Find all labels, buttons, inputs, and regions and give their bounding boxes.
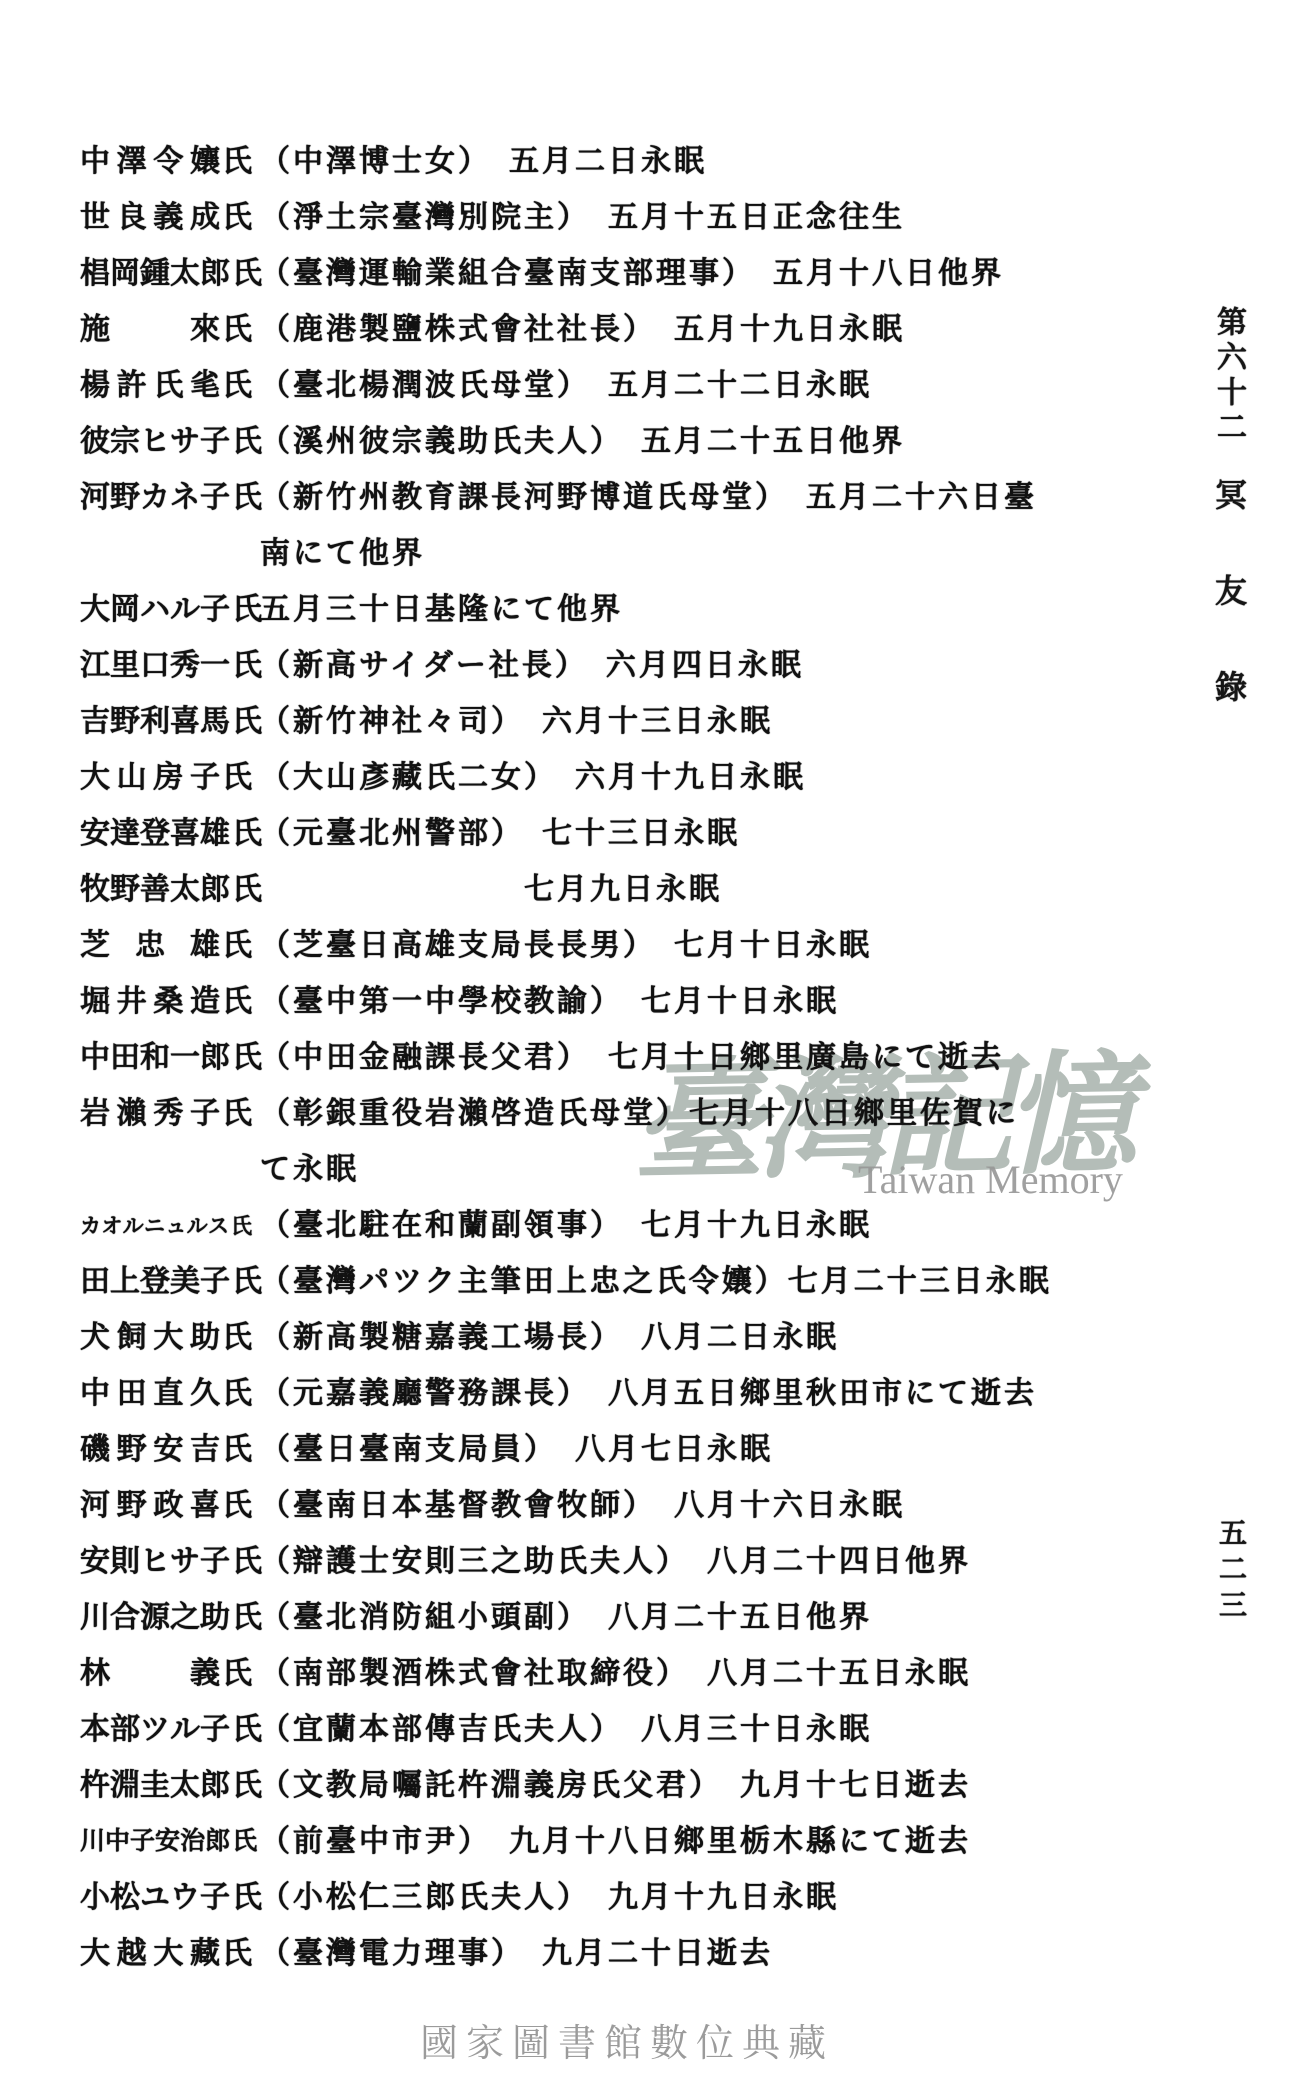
death-description: （元嘉義廳警務課長） 八月五日鄉里秋田市にて逝去 xyxy=(260,1366,1190,1422)
name-character: 中 xyxy=(105,1814,130,1870)
name-character: 子 xyxy=(190,1086,220,1142)
deceased-name: 世良義成 氏 xyxy=(80,190,252,246)
name-character: 孃 xyxy=(190,134,220,190)
deceased-name: 川合源之助 氏 xyxy=(80,1590,252,1646)
name-character: 井 xyxy=(117,974,147,1030)
name-character: 久 xyxy=(190,1366,220,1422)
name-character: 秀 xyxy=(153,1086,183,1142)
name-character: 房 xyxy=(153,750,183,806)
name-character: 一 xyxy=(200,638,230,694)
deceased-name-characters: 芝忠雄 xyxy=(80,918,220,974)
obituary-row: カオルニュルス 氏 （臺北駐在和蘭副領事） 七月十九日永眠 xyxy=(80,1198,1280,1254)
obituary-row: 大越大藏 氏 （臺灣電力理事） 九月二十日逝去 xyxy=(80,1926,1280,1982)
deceased-name-characters: 施來 xyxy=(80,302,220,358)
deceased-name: 林義 氏 xyxy=(80,1646,252,1702)
name-suffix: 氏 xyxy=(222,1646,252,1702)
name-character: 川 xyxy=(80,1590,110,1646)
name-suffix: 氏 xyxy=(232,1702,262,1758)
obituary-row: 彼宗ヒサ子 氏 （溪州彼宗義助氏夫人） 五月二十五日他界 xyxy=(80,414,1280,470)
name-character: カ xyxy=(140,470,170,526)
name-character: 登 xyxy=(140,806,170,862)
deceased-name-characters: カオルニュルス xyxy=(80,1198,229,1254)
name-character: ユ xyxy=(140,1870,170,1926)
name-character: 來 xyxy=(190,302,220,358)
deceased-name: カオルニュルス 氏 xyxy=(80,1198,252,1254)
obituary-row: 安達登喜雄 氏 （元臺北州警部） 七十三日永眠 xyxy=(80,806,1280,862)
obituary-row: 椙岡鍾太郎 氏 （臺灣運輸業組合臺南支部理事） 五月十八日他界 xyxy=(80,246,1280,302)
deceased-name-characters: 世良義成 xyxy=(80,190,220,246)
death-description: （辯護士安則三之助氏夫人） 八月二十四日他界 xyxy=(260,1534,1190,1590)
name-character: 郎 xyxy=(205,1814,230,1870)
deceased-name: 大岡ハル子 氏 xyxy=(80,582,252,638)
name-character: 河 xyxy=(80,470,110,526)
death-description: （小松仁三郎氏夫人） 九月十九日永眠 xyxy=(260,1870,1190,1926)
name-character: 飼 xyxy=(117,1310,147,1366)
name-suffix: 氏 xyxy=(232,470,262,526)
obituary-row: 田上登美子 氏 （臺灣パツク主筆田上忠之氏令孃）七月二十三日永眠 xyxy=(80,1254,1280,1310)
name-character: 直 xyxy=(153,1366,183,1422)
obituary-row: 河野カネ子 氏 （新竹州教育課長河野博道氏母堂） 五月二十六日臺 南にて他界 xyxy=(80,470,1280,582)
name-character: 世 xyxy=(80,190,110,246)
name-character: 吉 xyxy=(190,1422,220,1478)
name-character: 子 xyxy=(200,1534,230,1590)
obituary-row: 施來 氏 （鹿港製鹽株式會社社長） 五月十九日永眠 xyxy=(80,302,1280,358)
obituary-row: 磯野安吉 氏 （臺日臺南支局員） 八月七日永眠 xyxy=(80,1422,1280,1478)
name-character: 大 xyxy=(80,750,110,806)
name-character: 馬 xyxy=(200,694,230,750)
death-description: （大山彥藏氏二女） 六月十九日永眠 xyxy=(260,750,1190,806)
deceased-name-characters: 小松ユウ子 xyxy=(80,1870,230,1926)
deceased-name: 中田直久 氏 xyxy=(80,1366,252,1422)
death-description: （新竹神社々司） 六月十三日永眠 xyxy=(260,694,1190,750)
name-character: 施 xyxy=(80,302,110,358)
name-character: 義 xyxy=(190,1646,220,1702)
name-character: ル xyxy=(170,1702,200,1758)
name-character: 牧 xyxy=(80,862,110,918)
name-character: 岡 xyxy=(110,246,140,302)
name-character: ル xyxy=(170,582,200,638)
name-suffix: 氏 xyxy=(232,246,262,302)
deceased-name: 田上登美子 氏 xyxy=(80,1254,252,1310)
name-character: 川 xyxy=(80,1814,105,1870)
name-character: 太 xyxy=(170,862,200,918)
name-character: 口 xyxy=(140,638,170,694)
name-character: 成 xyxy=(190,190,220,246)
deceased-name: 牧野善太郎 氏 xyxy=(80,862,252,918)
name-character: 大 xyxy=(80,582,110,638)
name-suffix: 氏 xyxy=(232,1870,262,1926)
death-description: （臺灣パツク主筆田上忠之氏令孃）七月二十三日永眠 xyxy=(260,1254,1190,1310)
name-suffix: 氏 xyxy=(222,918,252,974)
name-character: サ xyxy=(170,1534,200,1590)
name-suffix: 氏 xyxy=(232,1814,257,1870)
death-description: （文教局囑託杵淵義房氏父君） 九月十七日逝去 xyxy=(260,1758,1190,1814)
name-character: 則 xyxy=(110,1534,140,1590)
name-character: 喜 xyxy=(170,694,200,750)
name-character: 子 xyxy=(200,1702,230,1758)
name-character: 子 xyxy=(200,1254,230,1310)
deceased-name-characters: 大越大藏 xyxy=(80,1926,220,1982)
name-character: 彼 xyxy=(80,414,110,470)
name-character: 松 xyxy=(110,1870,140,1926)
name-character: 磯 xyxy=(80,1422,110,1478)
name-suffix: 氏 xyxy=(222,1422,252,1478)
name-character: 毟 xyxy=(190,358,220,414)
deceased-name-characters: 彼宗ヒサ子 xyxy=(80,414,230,470)
name-character: 瀨 xyxy=(117,1086,147,1142)
name-character: 子 xyxy=(190,750,220,806)
name-character: 田 xyxy=(110,1030,140,1086)
name-character: 澤 xyxy=(117,134,147,190)
deceased-name: 河野政喜 氏 xyxy=(80,1478,252,1534)
name-character: カ xyxy=(80,1198,101,1254)
deceased-name-characters: 河野カネ子 xyxy=(80,470,230,526)
name-character: 野 xyxy=(110,470,140,526)
deceased-name-characters: 大山房子 xyxy=(80,750,220,806)
obituary-row: 河野政喜 氏 （臺南日本基督教會牧師） 八月十六日永眠 xyxy=(80,1478,1280,1534)
name-character: 源 xyxy=(140,1590,170,1646)
name-character: 大 xyxy=(80,1926,110,1982)
obituary-row: 川中子安治郎 氏 （前臺中市尹） 九月十八日鄉里栃木縣にて逝去 xyxy=(80,1814,1280,1870)
obituary-row: 中田直久 氏 （元嘉義廳警務課長） 八月五日鄉里秋田市にて逝去 xyxy=(80,1366,1280,1422)
name-suffix: 氏 xyxy=(232,806,262,862)
name-character: ニ xyxy=(144,1198,165,1254)
deceased-name: 堀井桑造 氏 xyxy=(80,974,252,1030)
name-character: 政 xyxy=(153,1478,183,1534)
name-suffix: 氏 xyxy=(222,1926,252,1982)
deceased-name-characters: 中澤令孃 xyxy=(80,134,220,190)
name-suffix: 氏 xyxy=(232,862,262,918)
death-description: （淨土宗臺灣別院主） 五月十五日正念往生 xyxy=(260,190,1190,246)
name-character: 郎 xyxy=(200,246,230,302)
deceased-name: 杵淵圭太郎 氏 xyxy=(80,1758,252,1814)
name-character: 岩 xyxy=(80,1086,110,1142)
name-character: ネ xyxy=(170,470,200,526)
name-character: 越 xyxy=(117,1926,147,1982)
death-description: （臺北消防組小頭副） 八月二十五日他界 xyxy=(260,1590,1190,1646)
obituary-list: 中澤令孃 氏 （中澤博士女） 五月二日永眠 世良義成 氏 （淨土宗臺灣別院主） … xyxy=(0,134,1280,1982)
obituary-row: 世良義成 氏 （淨土宗臺灣別院主） 五月十五日正念往生 xyxy=(80,190,1280,246)
name-suffix: 氏 xyxy=(232,638,262,694)
name-character: 秀 xyxy=(170,638,200,694)
deceased-name-characters: 安則ヒサ子 xyxy=(80,1534,230,1590)
deceased-name-characters: 林義 xyxy=(80,1646,220,1702)
name-character: 上 xyxy=(110,1254,140,1310)
death-description: （臺北駐在和蘭副領事） 七月十九日永眠 xyxy=(260,1198,1190,1254)
name-suffix: 氏 xyxy=(232,1534,262,1590)
name-character: 喜 xyxy=(170,806,200,862)
death-description: （中澤博士女） 五月二日永眠 xyxy=(260,134,1190,190)
death-description: （芝臺日高雄支局長長男） 七月十日永眠 xyxy=(260,918,1190,974)
death-description: （臺南日本基督教會牧師） 八月十六日永眠 xyxy=(260,1478,1190,1534)
name-suffix: 氏 xyxy=(231,1198,252,1254)
obituary-row: 楊許氏毟 氏 （臺北楊潤波氏母堂） 五月二十二日永眠 xyxy=(80,358,1280,414)
deceased-name: 大越大藏 氏 xyxy=(80,1926,252,1982)
death-description: （南部製酒株式會社取締役） 八月二十五日永眠 xyxy=(260,1646,1190,1702)
deceased-name: 本部ツル子 氏 xyxy=(80,1702,252,1758)
name-character: ル xyxy=(123,1198,144,1254)
library-footer: 國家圖書館數位典藏 xyxy=(420,2012,834,2067)
name-character: 助 xyxy=(200,1590,230,1646)
name-character: 中 xyxy=(80,134,110,190)
obituary-row: 川合源之助 氏 （臺北消防組小頭副） 八月二十五日他界 xyxy=(80,1590,1280,1646)
deceased-name: 中澤令孃 氏 xyxy=(80,134,252,190)
deceased-name-characters: 河野政喜 xyxy=(80,1478,220,1534)
name-character: 淵 xyxy=(110,1758,140,1814)
name-character: 義 xyxy=(153,190,183,246)
obituary-row: 芝忠雄 氏 （芝臺日高雄支局長長男） 七月十日永眠 xyxy=(80,918,1280,974)
death-description: （臺灣電力理事） 九月二十日逝去 xyxy=(260,1926,1190,1982)
obituary-row: 牧野善太郎 氏 七月九日永眠 xyxy=(80,862,1280,918)
deceased-name: 椙岡鍾太郎 氏 xyxy=(80,246,252,302)
name-character: オ xyxy=(101,1198,122,1254)
deceased-name: 岩瀨秀子 氏 xyxy=(80,1086,252,1142)
name-character: 野 xyxy=(110,694,140,750)
death-description: （臺灣運輸業組合臺南支部理事） 五月十八日他界 xyxy=(260,246,1190,302)
name-character: 一 xyxy=(170,1030,200,1086)
name-character: 合 xyxy=(110,1590,140,1646)
death-description: 七月九日永眠 xyxy=(260,862,1190,918)
name-suffix: 氏 xyxy=(232,1254,262,1310)
name-character: 里 xyxy=(110,638,140,694)
scanned-document-page: 臺灣記憶 Taiwan Memory 中澤令孃 氏 （中澤博士女） 五月二日永眠… xyxy=(0,0,1300,2100)
deceased-name-characters: 中田直久 xyxy=(80,1366,220,1422)
death-description: （溪州彼宗義助氏夫人） 五月二十五日他界 xyxy=(260,414,1190,470)
name-character: 山 xyxy=(117,750,147,806)
name-character: 郎 xyxy=(200,1030,230,1086)
name-character: 雄 xyxy=(190,918,220,974)
name-character: 田 xyxy=(117,1366,147,1422)
deceased-name: 安達登喜雄 氏 xyxy=(80,806,252,862)
name-suffix: 氏 xyxy=(222,1310,252,1366)
name-character: ヒ xyxy=(140,1534,170,1590)
name-suffix: 氏 xyxy=(232,1590,262,1646)
name-character: ハ xyxy=(140,582,170,638)
obituary-row: 大山房子 氏 （大山彥藏氏二女） 六月十九日永眠 xyxy=(80,750,1280,806)
name-character: 中 xyxy=(80,1366,110,1422)
deceased-name: 大山房子 氏 xyxy=(80,750,252,806)
obituary-row: 大岡ハル子 氏 五月三十日基隆にて他界 xyxy=(80,582,1280,638)
deceased-name: 彼宗ヒサ子 氏 xyxy=(80,414,252,470)
deceased-name: 吉野利喜馬 氏 xyxy=(80,694,252,750)
name-character: 良 xyxy=(117,190,147,246)
name-character: 安 xyxy=(153,1422,183,1478)
name-character: 野 xyxy=(110,862,140,918)
death-description: 五月三十日基隆にて他界 xyxy=(260,582,1190,638)
deceased-name: 川中子安治郎 氏 xyxy=(80,1814,252,1870)
death-description: （臺日臺南支局員） 八月七日永眠 xyxy=(260,1422,1190,1478)
name-character: ル xyxy=(187,1198,208,1254)
name-character: 部 xyxy=(110,1702,140,1758)
deceased-name-characters: 杵淵圭太郎 xyxy=(80,1758,230,1814)
name-character: 大 xyxy=(153,1310,183,1366)
name-character: 宗 xyxy=(110,414,140,470)
name-character: ヒ xyxy=(140,414,170,470)
name-character: 美 xyxy=(170,1254,200,1310)
obituary-row: 岩瀨秀子 氏 （彰銀重役岩瀨啓造氏母堂）七月十八日鄉里佐賀に て永眠 xyxy=(80,1086,1280,1198)
name-character: 喜 xyxy=(190,1478,220,1534)
deceased-name-characters: 川合源之助 xyxy=(80,1590,230,1646)
name-character: 雄 xyxy=(200,806,230,862)
deceased-name: 安則ヒサ子 氏 xyxy=(80,1534,252,1590)
name-character: 利 xyxy=(140,694,170,750)
name-character: 江 xyxy=(80,638,110,694)
name-character: 令 xyxy=(153,134,183,190)
name-suffix: 氏 xyxy=(222,302,252,358)
name-character: ュ xyxy=(165,1198,186,1254)
name-character: 椙 xyxy=(80,246,110,302)
name-suffix: 氏 xyxy=(222,1478,252,1534)
obituary-row: 犬飼大助 氏 （新高製糖嘉義工場長） 八月二日永眠 xyxy=(80,1310,1280,1366)
page-number: 五二三 xyxy=(1210,1518,1250,1626)
obituary-row: 中田和一郎 氏 （中田金融課長父君） 七月十日鄉里廣島にて逝去 xyxy=(80,1030,1280,1086)
deceased-name: 江里口秀一 氏 xyxy=(80,638,252,694)
name-suffix: 氏 xyxy=(232,1030,262,1086)
name-suffix: 氏 xyxy=(222,358,252,414)
obituary-row: 吉野利喜馬 氏 （新竹神社々司） 六月十三日永眠 xyxy=(80,694,1280,750)
deceased-name-characters: 楊許氏毟 xyxy=(80,358,220,414)
name-suffix: 氏 xyxy=(222,1366,252,1422)
name-suffix: 氏 xyxy=(232,1758,262,1814)
name-character: 安 xyxy=(155,1814,180,1870)
deceased-name-characters: 中田和一郎 xyxy=(80,1030,230,1086)
name-character: 子 xyxy=(130,1814,155,1870)
name-character: 善 xyxy=(140,862,170,918)
name-character: 林 xyxy=(80,1646,110,1702)
deceased-name-characters: 江里口秀一 xyxy=(80,638,230,694)
name-character: 吉 xyxy=(80,694,110,750)
deceased-name: 磯野安吉 氏 xyxy=(80,1422,252,1478)
name-suffix: 氏 xyxy=(232,694,262,750)
death-description: （臺北楊潤波氏母堂） 五月二十二日永眠 xyxy=(260,358,1190,414)
name-character: 登 xyxy=(140,1254,170,1310)
death-description: （中田金融課長父君） 七月十日鄉里廣島にて逝去 xyxy=(260,1030,1190,1086)
name-character: 太 xyxy=(170,246,200,302)
obituary-row: 堀井桑造 氏 （臺中第一中學校教諭） 七月十日永眠 xyxy=(80,974,1280,1030)
deceased-name-characters: 安達登喜雄 xyxy=(80,806,230,862)
name-character: 河 xyxy=(80,1478,110,1534)
name-character: ウ xyxy=(170,1870,200,1926)
name-character: 杵 xyxy=(80,1758,110,1814)
obituary-row: 杵淵圭太郎 氏 （文教局囑託杵淵義房氏父君） 九月十七日逝去 xyxy=(80,1758,1280,1814)
name-suffix: 氏 xyxy=(222,974,252,1030)
deceased-name: 楊許氏毟 氏 xyxy=(80,358,252,414)
death-description: （新高サイダー社長） 六月四日永眠 xyxy=(260,638,1190,694)
obituary-row: 林義 氏 （南部製酒株式會社取締役） 八月二十五日永眠 xyxy=(80,1646,1280,1702)
deceased-name: 施來 氏 xyxy=(80,302,252,358)
deceased-name: 中田和一郎 氏 xyxy=(80,1030,252,1086)
name-character: 犬 xyxy=(80,1310,110,1366)
name-character: 子 xyxy=(200,1870,230,1926)
name-suffix: 氏 xyxy=(232,582,262,638)
name-character: ツ xyxy=(140,1702,170,1758)
name-suffix: 氏 xyxy=(222,190,252,246)
death-description: （元臺北州警部） 七十三日永眠 xyxy=(260,806,1190,862)
obituary-row: 江里口秀一 氏 （新高サイダー社長） 六月四日永眠 xyxy=(80,638,1280,694)
name-character: 太 xyxy=(170,1758,200,1814)
death-description: （臺中第一中學校教諭） 七月十日永眠 xyxy=(260,974,1190,1030)
name-character: 芝 xyxy=(80,918,110,974)
deceased-name-characters: 椙岡鍾太郎 xyxy=(80,246,230,302)
death-description: （彰銀重役岩瀨啓造氏母堂）七月十八日鄉里佐賀に て永眠 xyxy=(260,1086,1190,1198)
death-description: （新竹州教育課長河野博道氏母堂） 五月二十六日臺 南にて他界 xyxy=(260,470,1190,582)
name-suffix: 氏 xyxy=(222,134,252,190)
obituary-row: 安則ヒサ子 氏 （辯護士安則三之助氏夫人） 八月二十四日他界 xyxy=(80,1534,1280,1590)
name-character: 安 xyxy=(80,806,110,862)
name-character: 之 xyxy=(170,1590,200,1646)
name-character: 郎 xyxy=(200,1758,230,1814)
name-character: 中 xyxy=(80,1030,110,1086)
deceased-name-characters: 本部ツル子 xyxy=(80,1702,230,1758)
obituary-row: 小松ユウ子 氏 （小松仁三郎氏夫人） 九月十九日永眠 xyxy=(80,1870,1280,1926)
deceased-name: 小松ユウ子 氏 xyxy=(80,1870,252,1926)
name-character: 楊 xyxy=(80,358,110,414)
name-character: 助 xyxy=(190,1310,220,1366)
deceased-name: 河野カネ子 氏 xyxy=(80,470,252,526)
death-description: （前臺中市尹） 九月十八日鄉里栃木縣にて逝去 xyxy=(260,1814,1190,1870)
name-character: 子 xyxy=(200,414,230,470)
death-description: （宜蘭本部傳吉氏夫人） 八月三十日永眠 xyxy=(260,1702,1190,1758)
name-character: 安 xyxy=(80,1534,110,1590)
deceased-name-characters: 磯野安吉 xyxy=(80,1422,220,1478)
name-character: 野 xyxy=(117,1422,147,1478)
name-character: 田 xyxy=(80,1254,110,1310)
name-character: 鍾 xyxy=(140,246,170,302)
name-character: 圭 xyxy=(140,1758,170,1814)
deceased-name-characters: 田上登美子 xyxy=(80,1254,230,1310)
death-description: （新高製糖嘉義工場長） 八月二日永眠 xyxy=(260,1310,1190,1366)
name-character: 忠 xyxy=(135,918,165,974)
name-character: 小 xyxy=(80,1870,110,1926)
name-character: 藏 xyxy=(190,1926,220,1982)
name-character: 本 xyxy=(80,1702,110,1758)
death-description: （鹿港製鹽株式會社社長） 五月十九日永眠 xyxy=(260,302,1190,358)
deceased-name-characters: 岩瀨秀子 xyxy=(80,1086,220,1142)
obituary-row: 本部ツル子 氏 （宜蘭本部傳吉氏夫人） 八月三十日永眠 xyxy=(80,1702,1280,1758)
deceased-name-characters: 犬飼大助 xyxy=(80,1310,220,1366)
name-suffix: 氏 xyxy=(222,750,252,806)
obituary-row: 中澤令孃 氏 （中澤博士女） 五月二日永眠 xyxy=(80,134,1280,190)
margin-volume-label: 第六十二 xyxy=(1206,306,1250,446)
name-suffix: 氏 xyxy=(232,414,262,470)
name-character: 許 xyxy=(117,358,147,414)
name-character: 治 xyxy=(180,1814,205,1870)
name-character: 氏 xyxy=(153,358,183,414)
margin-column-title: 冥友錄 xyxy=(1206,478,1252,766)
name-character: ス xyxy=(208,1198,229,1254)
deceased-name-characters: 川中子安治郎 xyxy=(80,1814,230,1870)
name-character: 子 xyxy=(200,470,230,526)
name-character: 大 xyxy=(153,1926,183,1982)
name-character: 岡 xyxy=(110,582,140,638)
deceased-name: 芝忠雄 氏 xyxy=(80,918,252,974)
deceased-name: 犬飼大助 氏 xyxy=(80,1310,252,1366)
name-character: 造 xyxy=(190,974,220,1030)
name-suffix: 氏 xyxy=(222,1086,252,1142)
name-character: 郎 xyxy=(200,862,230,918)
deceased-name-characters: 大岡ハル子 xyxy=(80,582,230,638)
name-character: サ xyxy=(170,414,200,470)
deceased-name-characters: 牧野善太郎 xyxy=(80,862,230,918)
name-character: 桑 xyxy=(153,974,183,1030)
name-character: 和 xyxy=(140,1030,170,1086)
deceased-name-characters: 吉野利喜馬 xyxy=(80,694,230,750)
name-character: 野 xyxy=(117,1478,147,1534)
name-character: 子 xyxy=(200,582,230,638)
deceased-name-characters: 堀井桑造 xyxy=(80,974,220,1030)
name-character: 堀 xyxy=(80,974,110,1030)
name-character: 達 xyxy=(110,806,140,862)
